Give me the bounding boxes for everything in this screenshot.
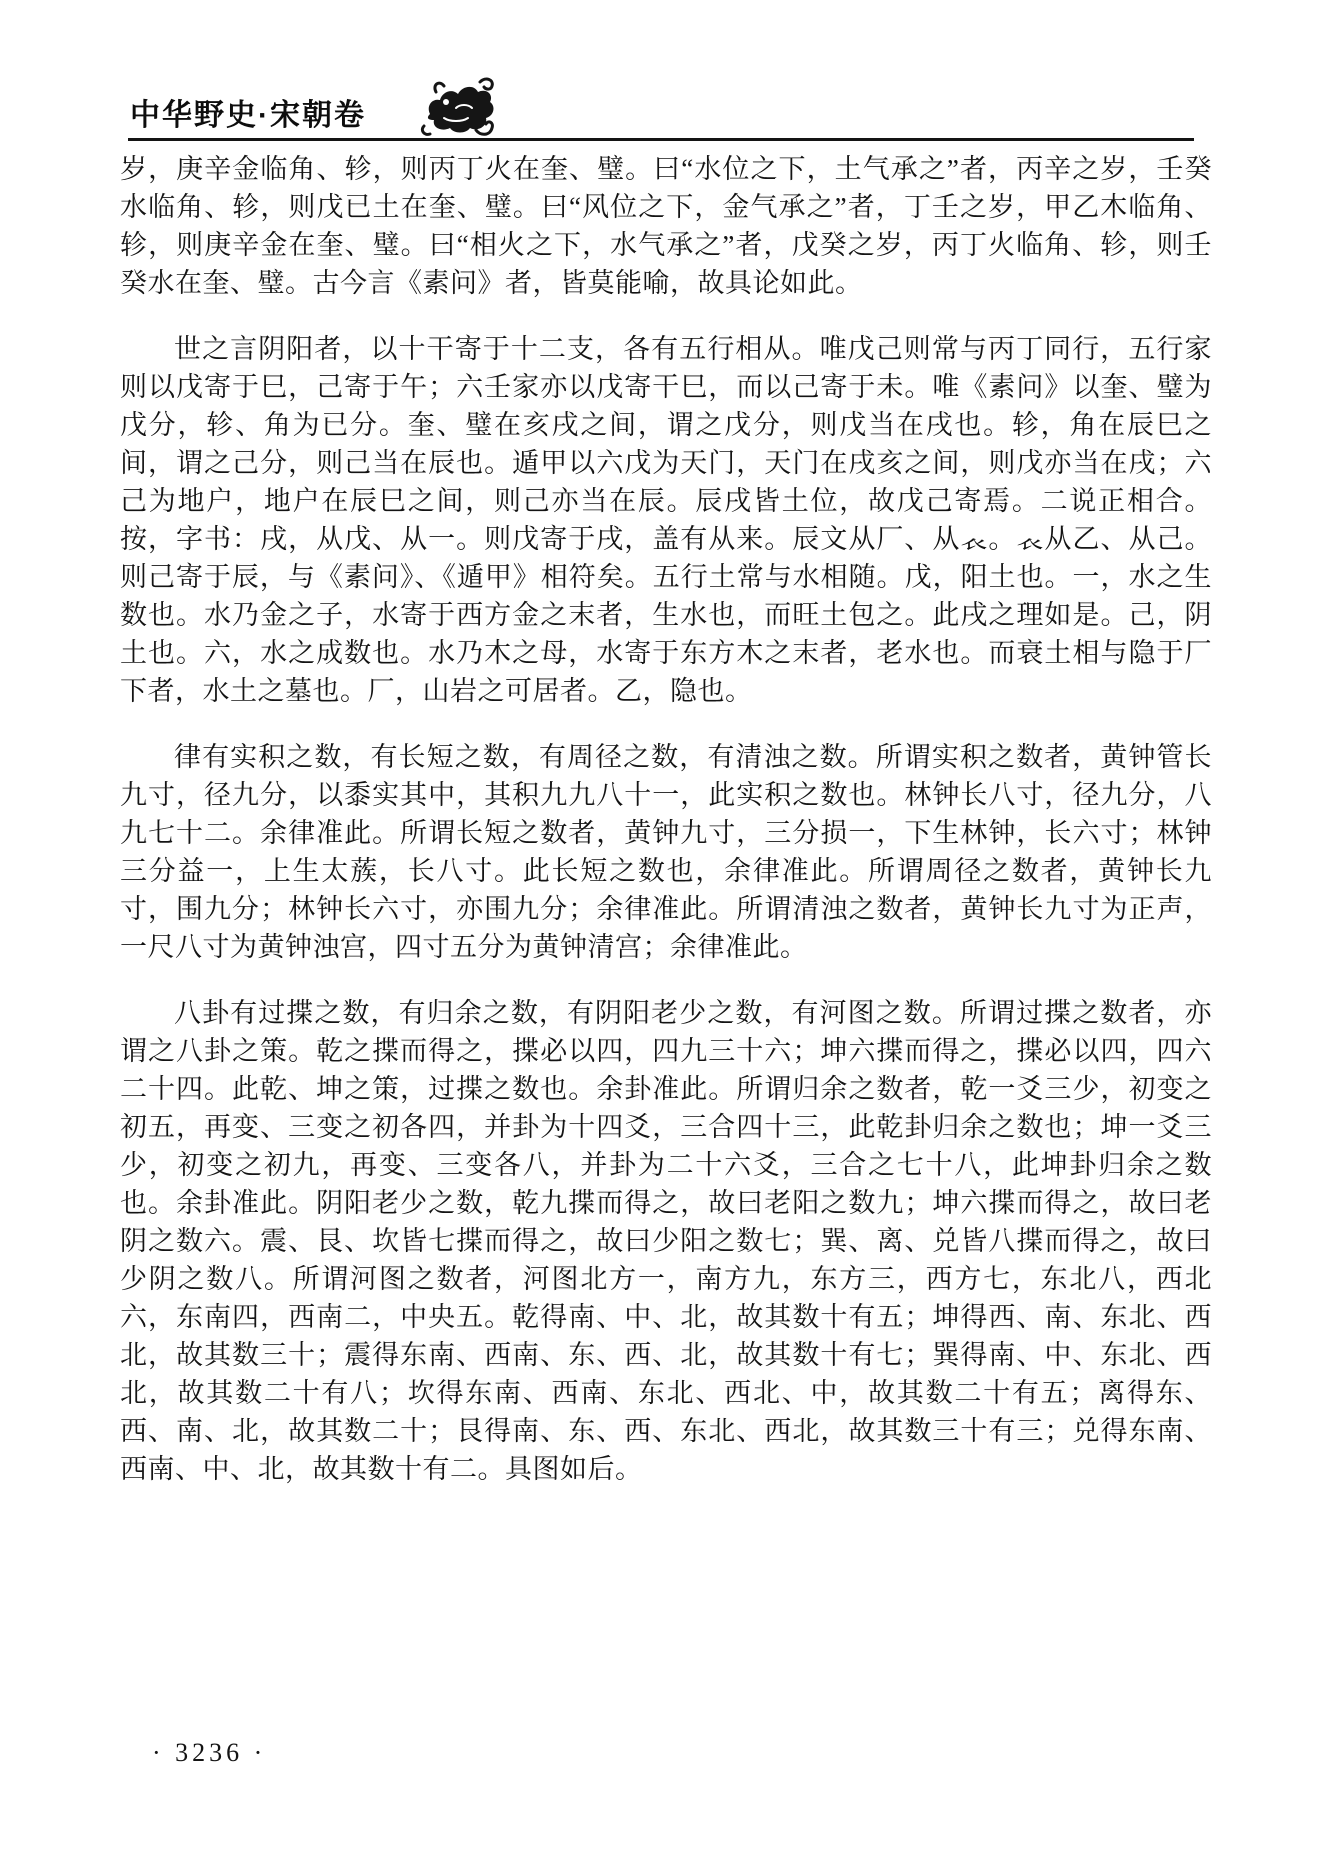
paragraph-4: 八卦有过揲之数，有归余之数，有阴阳老少之数，有河图之数。所谓过揲之数者，亦谓之八… [120,994,1212,1488]
scanned-book-page: 中华野史·宋朝卷 岁，庚辛金临角、轸，则丙丁火在奎、璧。曰“水位之下，土气承之”… [0,0,1322,1870]
paragraph-2: 世之言阴阳者，以十干寄于十二支，各有五行相从。唯戊己则常与丙丁同行，五行家则以戊… [120,330,1212,710]
beast-ornament-icon [416,74,500,138]
page-number: · 3236 · [152,1738,266,1768]
paragraph-1: 岁，庚辛金临角、轸，则丙丁火在奎、璧。曰“水位之下，土气承之”者，丙辛之岁，壬癸… [120,150,1212,302]
body-text-block: 岁，庚辛金临角、轸，则丙丁火在奎、璧。曰“水位之下，土气承之”者，丙辛之岁，壬癸… [120,150,1212,1516]
paragraph-3: 律有实积之数，有长短之数，有周径之数，有清浊之数。所谓实积之数者，黄钟管长九寸，… [120,738,1212,966]
header-divider [128,138,1194,141]
book-title: 中华野史·宋朝卷 [130,90,366,134]
page-header: 中华野史·宋朝卷 [128,78,1194,140]
